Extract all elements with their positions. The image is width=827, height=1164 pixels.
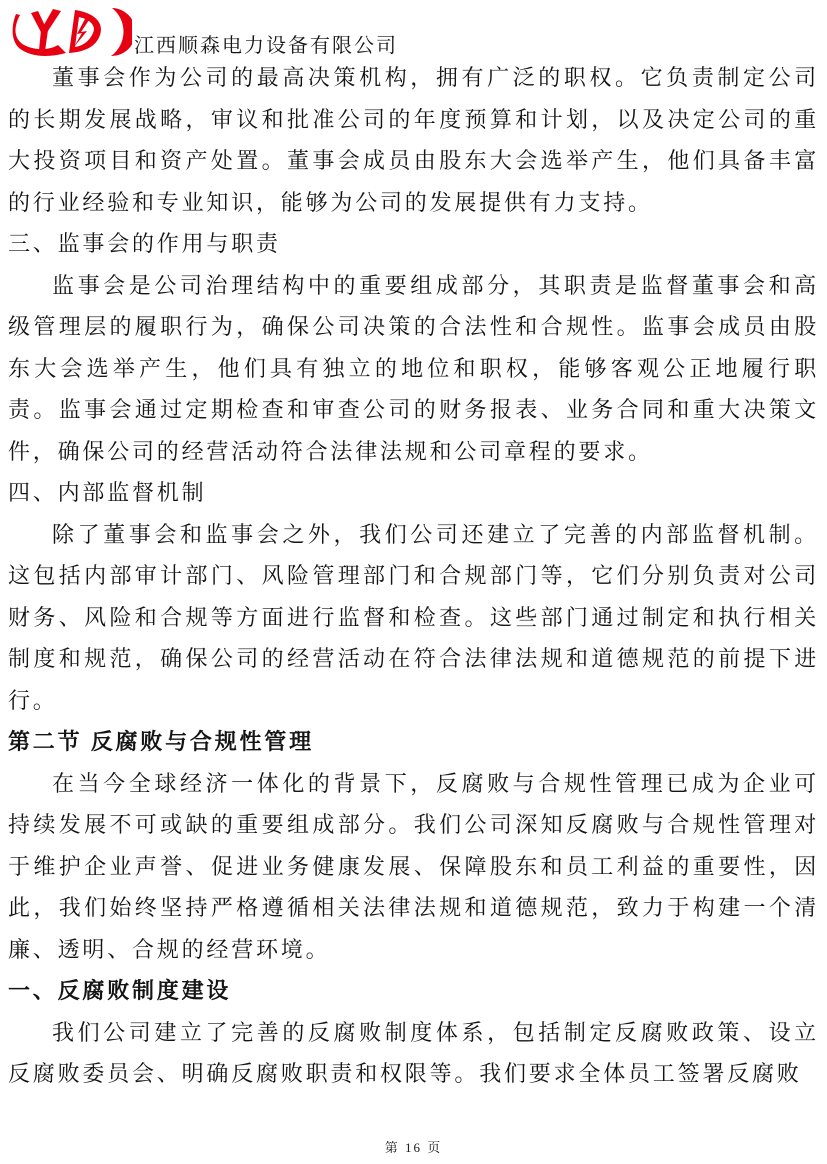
page-number: 第 16 页	[0, 1137, 827, 1156]
section-heading: 四、内部监督机制	[8, 472, 819, 514]
sub-section-heading: 一、反腐败制度建设	[8, 970, 819, 1012]
company-logo-lydc-icon	[8, 6, 132, 58]
body-paragraph: 董事会作为公司的最高决策机构，拥有广泛的职权。它负责制定公司的长期发展战略，审议…	[8, 57, 819, 223]
document-page: 江西顺森电力设备有限公司 董事会作为公司的最高决策机构，拥有广泛的职权。它负责制…	[0, 0, 827, 1164]
page-header: 江西顺森电力设备有限公司	[8, 2, 398, 58]
body-paragraph: 除了董事会和监事会之外，我们公司还建立了完善的内部监督机制。这包括内部审计部门、…	[8, 514, 819, 722]
body-paragraph: 我们公司建立了完善的反腐败制度体系，包括制定反腐败政策、设立反腐败委员会、明确反…	[8, 1012, 819, 1095]
document-body: 董事会作为公司的最高决策机构，拥有广泛的职权。它负责制定公司的长期发展战略，审议…	[8, 57, 819, 1095]
section-heading: 三、监事会的作用与职责	[8, 223, 819, 265]
chapter-heading: 第二节 反腐败与合规性管理	[8, 721, 819, 763]
body-paragraph: 在当今全球经济一体化的背景下，反腐败与合规性管理已成为企业可持续发展不可或缺的重…	[8, 763, 819, 971]
company-name: 江西顺森电力设备有限公司	[134, 35, 398, 57]
body-paragraph: 监事会是公司治理结构中的重要组成部分，其职责是监督董事会和高级管理层的履职行为，…	[8, 265, 819, 473]
